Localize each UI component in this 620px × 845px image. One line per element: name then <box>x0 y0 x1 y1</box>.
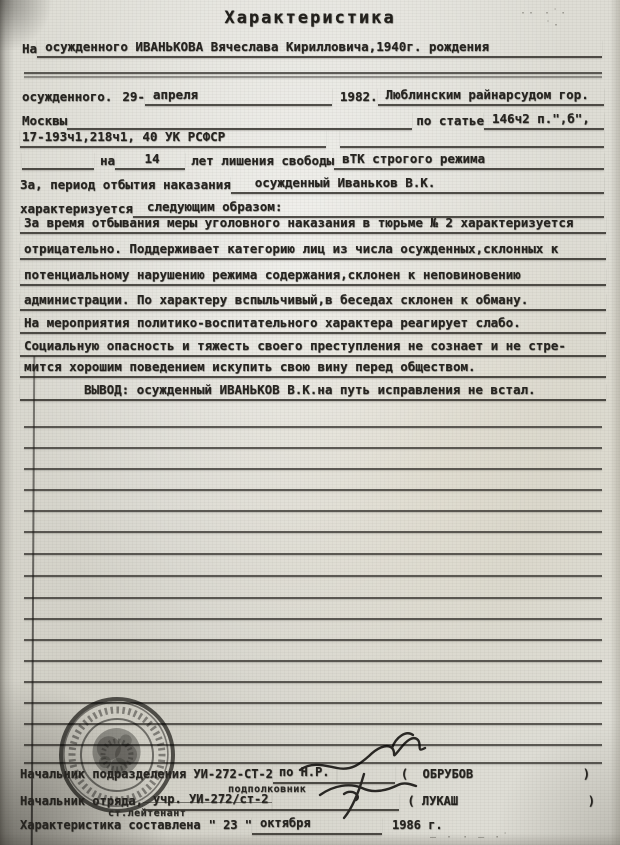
body-line: потенциальному нарушению режима содержан… <box>20 268 606 286</box>
official1-row: Начальник подразделения УИ-272-СТ-2 по Н… <box>20 766 590 784</box>
ruled-line <box>24 72 602 74</box>
sentenced-label: осужденного. <box>22 90 112 106</box>
body-text: отрицательно. Поддерживает категорию лиц… <box>20 242 606 260</box>
subject-row: На осужденного ИВАНЬКОВА Вячеслава Кирил… <box>22 40 602 58</box>
scan-noise: ·· ·˙· <box>520 8 568 19</box>
official2-close: ) <box>588 795 595 811</box>
ruled-line <box>24 681 602 683</box>
spacer <box>473 768 583 784</box>
conclusion-text: ВЫВОД: осужденный ИВАНЬКОВ В.К.на путь и… <box>20 383 606 401</box>
body-line: На мероприятия политико-воспитательного … <box>20 316 606 334</box>
spacer <box>458 795 588 811</box>
ruled-line <box>24 575 602 577</box>
scan-noise: ˙· <box>545 20 561 31</box>
official1-sig-line <box>337 766 395 784</box>
city-underline <box>67 112 412 130</box>
ruled-line <box>24 531 602 533</box>
sentence-month: апреля <box>145 88 332 106</box>
sentence-year-digit: 2. <box>362 90 377 106</box>
official2-name: ( ЛУКАШ <box>399 795 458 811</box>
articles-row: 17-193ч1,218ч1, 40 УК РСФСР <box>20 130 604 148</box>
period-label: За, период отбытия наказания <box>20 178 231 194</box>
body-text: администрации. По характеру вспыльчивый,… <box>20 293 606 311</box>
composed-year: 1986 г. <box>382 819 443 835</box>
ruled-line <box>24 597 602 599</box>
sentence-day: 29- <box>112 90 145 106</box>
ruled-line <box>24 426 602 428</box>
subject-label: На <box>22 42 37 58</box>
body-line: администрации. По характеру вспыльчивый,… <box>20 293 606 311</box>
official2-sig-line <box>272 793 399 811</box>
composed-month: октября <box>252 817 382 835</box>
body-line: Социальную опасность и тяжесть своего пр… <box>20 339 606 357</box>
articles-more: 17-193ч1,218ч1, 40 УК РСФСР <box>20 130 326 148</box>
body-line: За время отбывания меры уголовного наказ… <box>20 216 606 234</box>
body-text: мится хорошим поведением искупить свою в… <box>20 360 606 378</box>
ruled-line <box>24 510 602 512</box>
ruled-line <box>24 618 602 620</box>
sentence-year-prefix: 198 <box>332 90 363 106</box>
ruled-line <box>24 489 602 491</box>
official1-position: Начальник подразделения УИ-272-СТ-2 <box>20 768 273 784</box>
ruled-line <box>24 660 602 662</box>
term-prep: на <box>94 154 115 170</box>
city-article-row: Москвы по статье 146ч2 п.",б", <box>22 112 604 130</box>
term-years: 14 <box>115 152 185 170</box>
body-text: На мероприятия политико-воспитательного … <box>20 316 606 334</box>
term-text: лет лишения свободы <box>185 154 334 170</box>
term-row: на 14 лет лишения свободы вТК строгого р… <box>22 152 604 170</box>
official1-extra: по Н.Р. <box>273 766 337 784</box>
official2-row: Начальник отряда, учр. УИ-272/ст-2 ( ЛУК… <box>20 793 595 811</box>
official1-name: ( ОБРУБОВ <box>395 768 473 784</box>
conclusion-line: ВЫВОД: осужденный ИВАНЬКОВ В.К.на путь и… <box>20 383 606 401</box>
composed-row: Характеристика составлена " 23 " октября… <box>20 817 460 835</box>
sentence-row: осужденного. 29- апреля 198 2. Люблински… <box>22 88 604 106</box>
body-text: потенциальному нарушению режима содержан… <box>20 268 606 286</box>
body-text: Социальную опасность и тяжесть своего пр… <box>20 339 606 357</box>
articles-underline <box>340 130 604 148</box>
composed-day: " 23 " <box>201 819 252 835</box>
regime-value: вТК строгого режима <box>334 152 604 170</box>
official1-close: ) <box>583 768 590 784</box>
city-value: Москвы <box>22 114 67 130</box>
body-line: мится хорошим поведением искупить свою в… <box>20 360 606 378</box>
period-row: За, период отбытия наказания осужденный … <box>20 176 604 194</box>
ruled-line <box>24 76 602 78</box>
article-value: 146ч2 п.",б", <box>484 112 604 130</box>
subject-value: осужденного ИВАНЬКОВА Вячеслава Кириллов… <box>37 40 602 58</box>
ruled-line <box>24 639 602 641</box>
ruled-line <box>24 468 602 470</box>
body-text: За время отбывания меры уголовного наказ… <box>20 216 606 234</box>
body-line: отрицательно. Поддерживает категорию лиц… <box>20 242 606 260</box>
period-value: осужденный Иваньков В.К. <box>231 176 604 194</box>
ruled-line <box>24 447 602 449</box>
article-label: по статье <box>412 114 484 130</box>
ruled-line <box>24 553 602 555</box>
court-value: Люблинским райнарсудом гор. <box>378 88 604 106</box>
composed-label: Характеристика составлена <box>20 819 201 835</box>
term-lead-underline <box>22 152 94 170</box>
